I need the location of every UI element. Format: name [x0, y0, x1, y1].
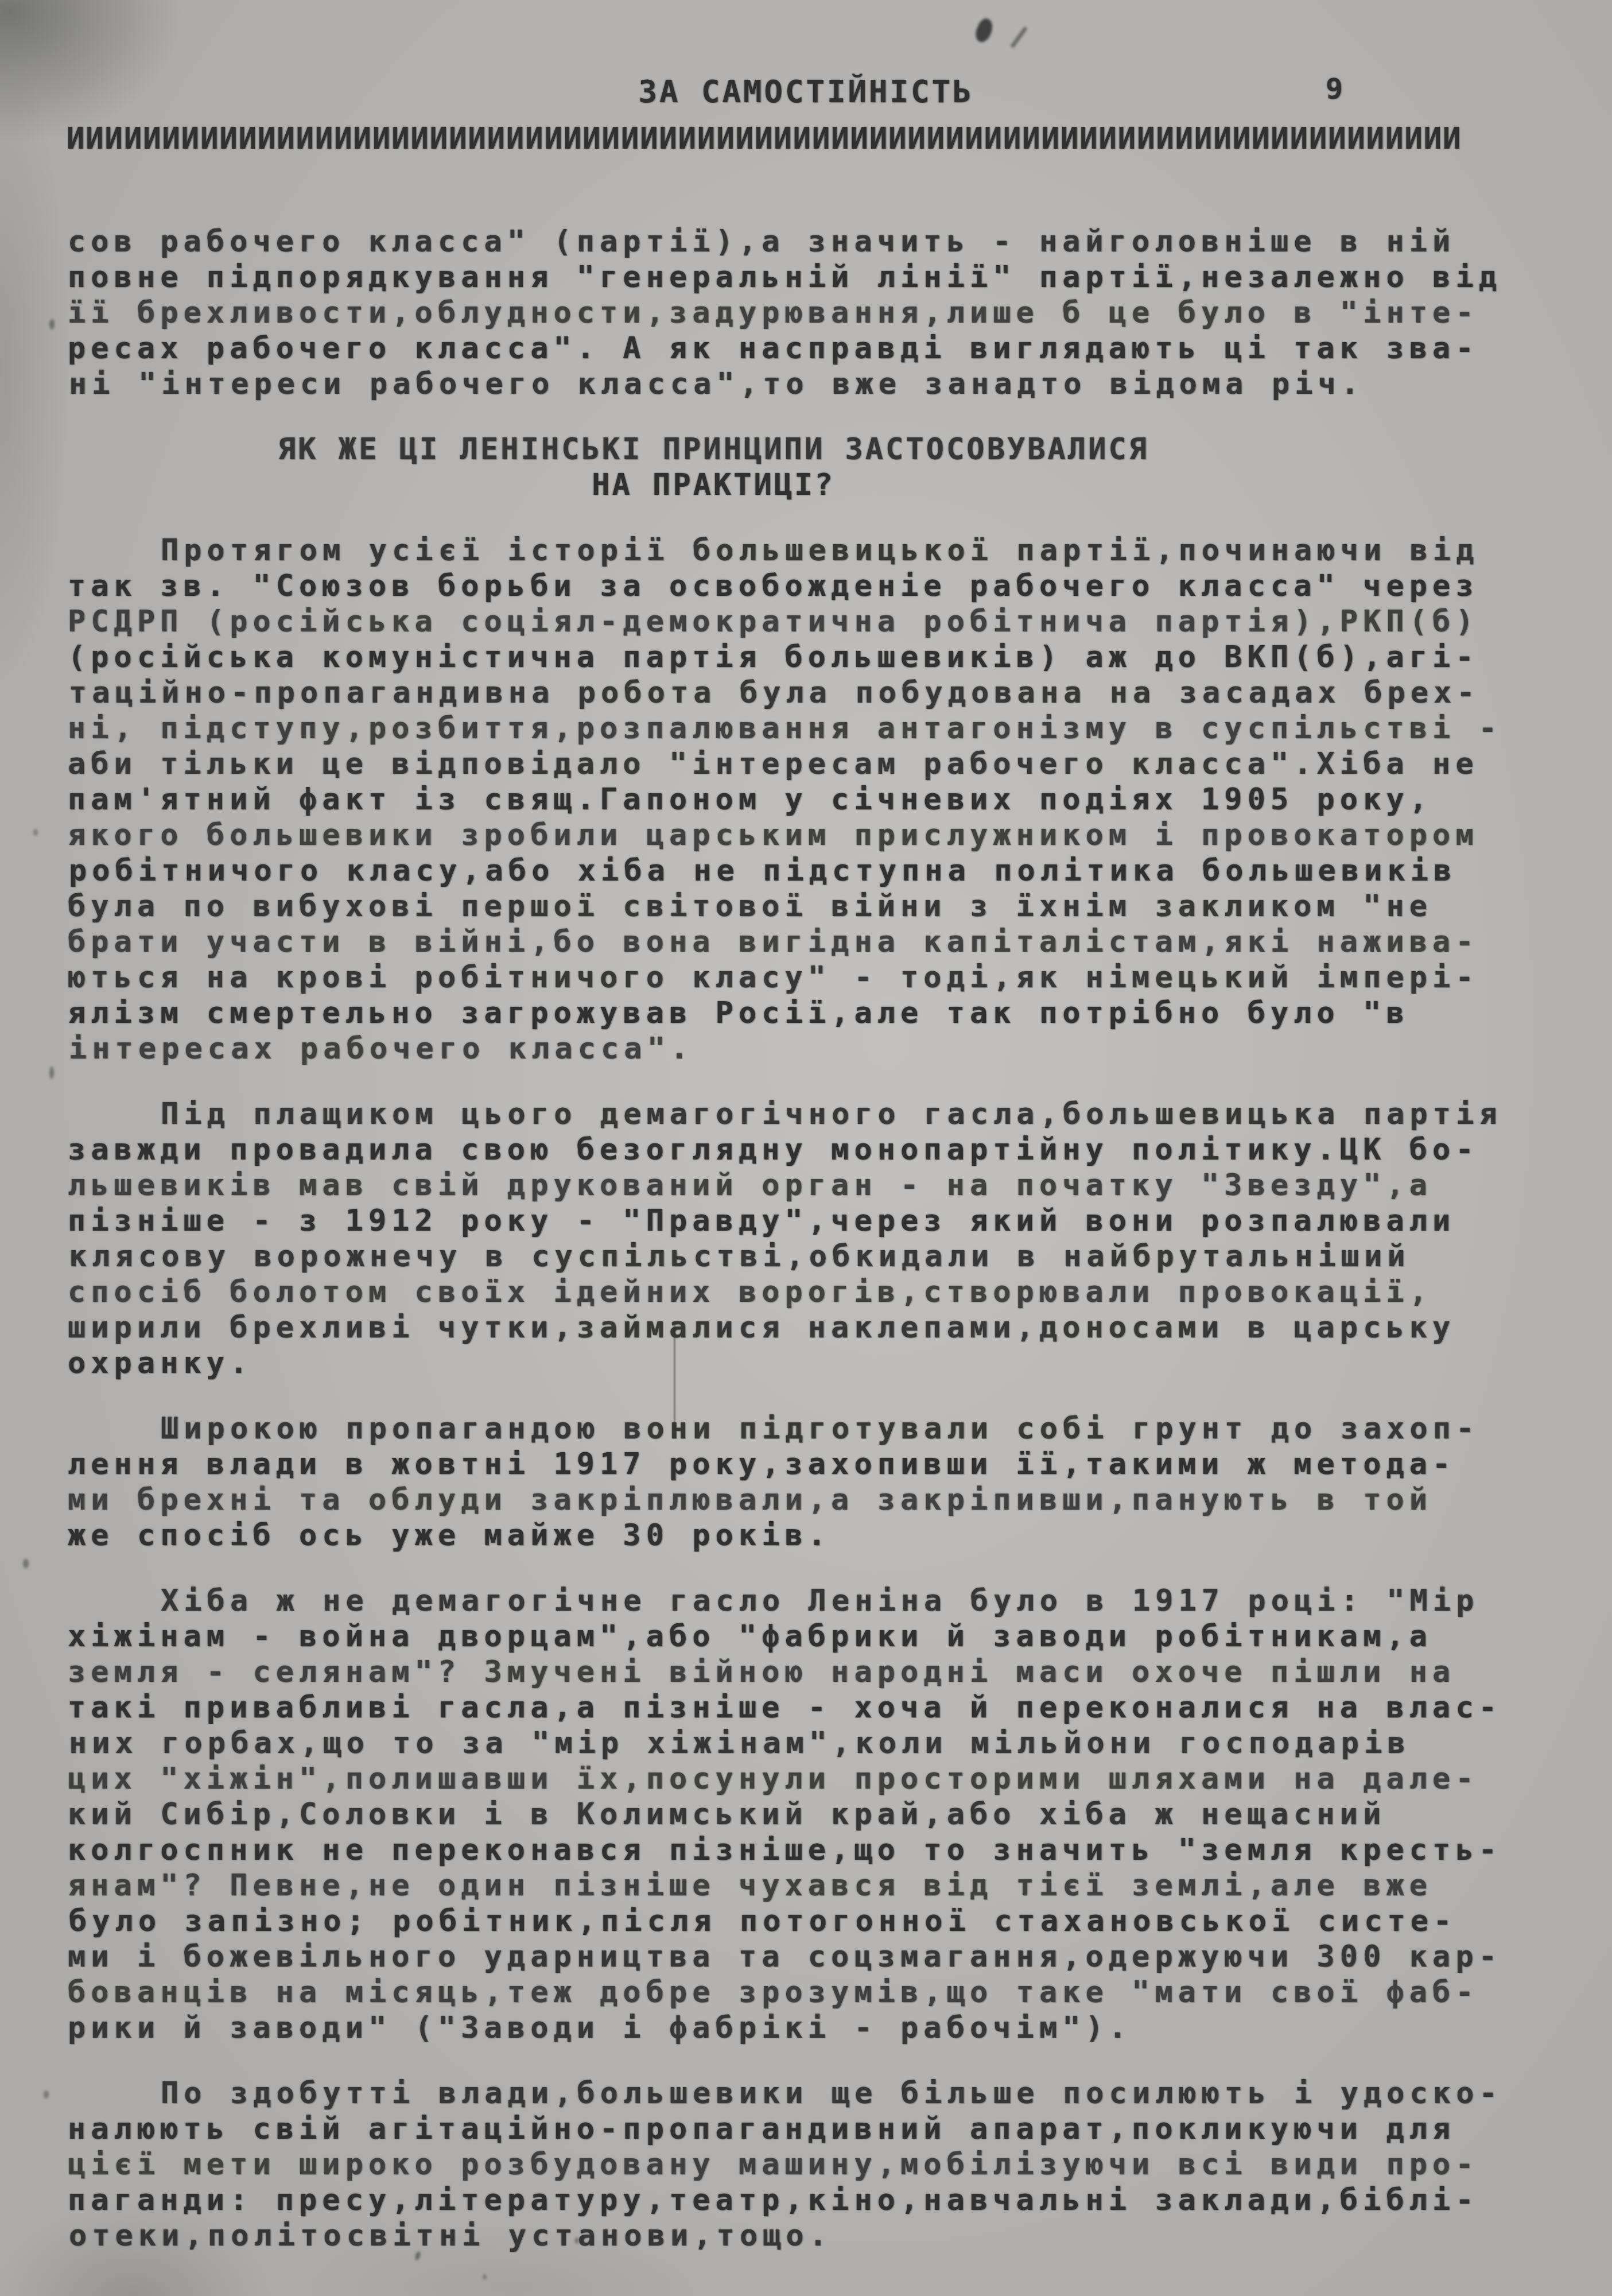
text-line: бованців на місяць,теж добре зрозумів,що…	[68, 1975, 1548, 2010]
paragraph: Широкою пропагандою вони підготували соб…	[68, 1411, 1548, 1553]
paragraph: Під плащиком цього демагогічного гасла,б…	[68, 1096, 1548, 1381]
text-line: таційно-пропагандивна робота була побудо…	[69, 675, 1549, 711]
text-line: повне підпорядкування "генеральній лінії…	[68, 259, 1548, 295]
text-line: охранку.	[68, 1345, 1548, 1381]
text-line: колгоспник не переконався пізніше,що то …	[68, 1832, 1548, 1868]
text-line: ються на крові робітничого класу" - тоді…	[68, 960, 1548, 995]
text-line: налюють свій агітаційно-пропагандивний а…	[68, 2111, 1548, 2147]
text-line: (російська комуністична партія большевик…	[68, 639, 1548, 675]
text-line: ресах рабочего класса". А як насправді в…	[68, 331, 1548, 366]
text-line: По здобутті влади,большевики ще більше п…	[68, 2076, 1548, 2111]
ink-speck	[49, 319, 55, 329]
text-line: її брехливости,облудности,задурювання,ли…	[68, 295, 1548, 331]
text-line: якого большевики зробили царським прислу…	[68, 817, 1548, 853]
text-line: такі привабливі гасла,а пізніше - хоча й…	[68, 1690, 1548, 1725]
page-number: 9	[1326, 72, 1343, 106]
text-line: завжди провадила свою безоглядну монопар…	[68, 1132, 1548, 1168]
text-line: ні "інтереси рабочего класса",то вже зан…	[69, 366, 1549, 402]
ink-blot	[1010, 26, 1027, 48]
text-line: рики й заводи" ("Заводи і фабрікі - рабо…	[68, 2010, 1548, 2046]
document-body: сов рабочего класса" (партії),а значить …	[68, 224, 1548, 2254]
text-line: ні, підступу,розбиття,розпалювання антаг…	[68, 711, 1548, 746]
ink-speck	[33, 829, 38, 836]
text-line: так зв. "Союзов борьби за освобожденіе р…	[68, 568, 1548, 604]
text-line: паганди: пресу,літературу,театр,кіно,нав…	[68, 2182, 1548, 2218]
text-line: льшевиків мав свій друкований орган - на…	[68, 1168, 1548, 1203]
ink-blot	[973, 17, 996, 45]
scratch-mark	[674, 1321, 675, 1430]
text-line: Протягом усієї історії большевицької пар…	[68, 533, 1548, 568]
text-line: отеки,політосвітні установи,тощо.	[69, 2218, 1549, 2254]
text-line: Широкою пропагандою вони підготували соб…	[68, 1411, 1548, 1446]
text-line: земля - селянам"? Змучені війною народні…	[68, 1654, 1548, 1690]
text-line: ЯК ЖЕ ЦІ ЛЕНІНСЬКІ ПРИНЦИПИ ЗАСТОСОВУВАЛ…	[68, 432, 1359, 467]
paragraph: Протягом усієї історії большевицької пар…	[68, 533, 1548, 1066]
text-line: цієї мети широко розбудовану машину,мобі…	[68, 2147, 1548, 2182]
text-line: клясову ворожнечу в суспільстві,обкидали…	[69, 1239, 1549, 1274]
text-line: цих "хіжін",полишавши їх,посунули просто…	[68, 1761, 1548, 1797]
text-line: ми і божевільного ударництва та соцзмага…	[68, 1939, 1548, 1975]
text-line: них горбах,що то за "мір хіжінам",коли м…	[69, 1725, 1549, 1761]
ink-speck	[575, 2237, 578, 2244]
ink-speck	[49, 1066, 54, 1079]
ink-speck	[44, 2091, 49, 2099]
text-line: спосіб болотом своїх ідейних ворогів,ств…	[68, 1274, 1548, 1310]
text-line: пізніше - з 1912 року - "Правду",через я…	[68, 1203, 1548, 1239]
text-line: ми брехні та облуди закріплювали,а закрі…	[68, 1482, 1548, 1518]
text-line: РСДРП (російська соціял-демократична роб…	[68, 604, 1548, 639]
ink-speck	[23, 1559, 29, 1568]
text-line: було запізно; робітник,після потогонної …	[69, 1903, 1549, 1939]
text-line: кий Сибір,Соловки і в Колимський край,аб…	[68, 1797, 1548, 1832]
text-line: хіжінам - война дворцам",або "фабрики й …	[68, 1619, 1548, 1654]
text-line: янам"? Певне,не один пізніше чухався від…	[68, 1868, 1548, 1903]
text-line: ялізм смертельно загрожував Росії,але та…	[68, 995, 1548, 1031]
text-line: пам'ятний факт із свящ.Гапоном у січневи…	[68, 782, 1548, 817]
text-line: була по вибухові першої світової війни з…	[68, 889, 1548, 924]
text-line: же спосіб ось уже майже 30 років.	[68, 1518, 1548, 1553]
section-heading: ЯК ЖЕ ЦІ ЛЕНІНСЬКІ ПРИНЦИПИ ЗАСТОСОВУВАЛ…	[68, 432, 1359, 503]
scanned-page: ЗА САМОСТІЙНІСТЬ 9 ИИИИИИИИИИИИИИИИИИИИИ…	[0, 0, 1612, 2296]
text-line: лення влади в жовтні 1917 року,захопивши…	[68, 1446, 1548, 1482]
paragraph: Хіба ж не демагогічне гасло Леніна було …	[68, 1583, 1548, 2046]
paragraph: сов рабочего класса" (партії),а значить …	[68, 224, 1548, 402]
text-line: Хіба ж не демагогічне гасло Леніна було …	[68, 1583, 1548, 1619]
text-line: сов рабочего класса" (партії),а значить …	[68, 224, 1548, 259]
paragraph: По здобутті влади,большевики ще більше п…	[68, 2076, 1548, 2254]
text-line: аби тільки це відповідало "інтересам раб…	[68, 746, 1548, 782]
masthead-title: ЗА САМОСТІЙНІСТЬ	[638, 73, 973, 110]
text-line: брати участи в війні,бо вона вигідна кап…	[68, 924, 1548, 960]
text-line: ширили брехливі чутки,займалися наклепам…	[68, 1310, 1548, 1345]
text-line: інтересах рабочего класса".	[69, 1031, 1549, 1066]
text-line: робітничого класу,або хіба не підступна …	[69, 853, 1549, 889]
text-line: Під плащиком цього демагогічного гасла,б…	[68, 1096, 1548, 1132]
ink-speck	[483, 2274, 486, 2279]
divider-rule: ИИИИИИИИИИИИИИИИИИИИИИИИИИИИИИИИИИИИИИИИ…	[67, 122, 1541, 156]
text-line: НА ПРАКТИЦІ?	[68, 467, 1359, 503]
